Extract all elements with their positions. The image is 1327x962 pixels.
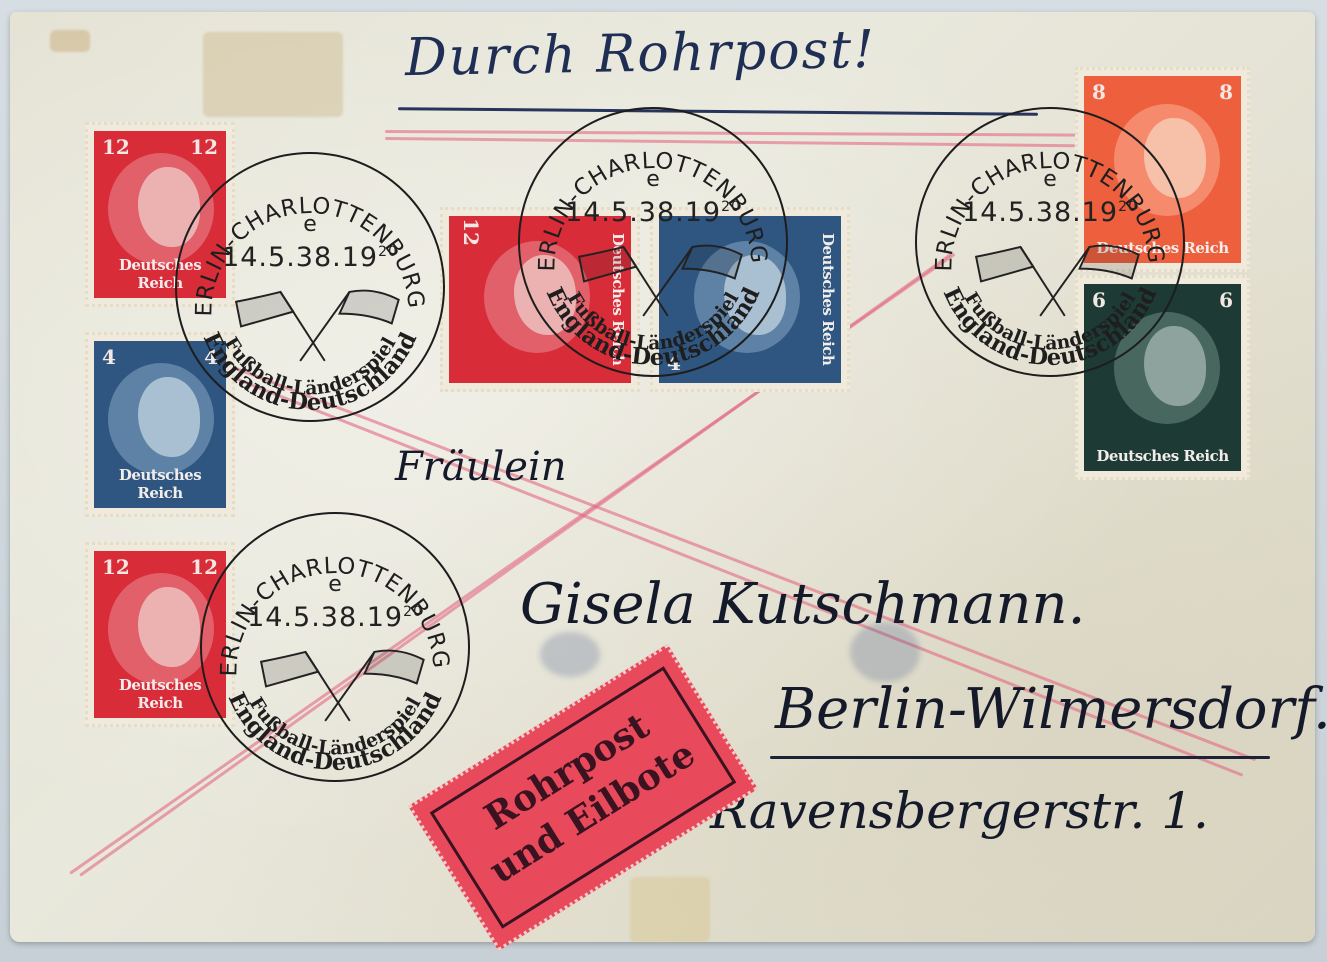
heading-handwritten: Durch Rohrpost! [405,20,877,88]
address-title: Fräulein [395,444,567,490]
address-city: Berlin-Wilmersdorf. [775,677,1327,742]
stamp-value: 8 [1092,80,1106,104]
stamp-inscription: Deutsches Reich [94,466,226,502]
stamp-value: 4 [102,345,116,369]
address-street: Ravensbergerstr. 1. [710,782,1209,840]
stamp-value: 8 [1219,80,1233,104]
postmark-date: 14.5.38.1920 [177,242,443,273]
ink-smudge [850,622,920,682]
portrait-icon [108,573,214,685]
ink-smudge [540,632,600,677]
postmark-letter: e [202,572,468,597]
postmark-ring: BERLIN-CHARLOTTENBURG 5 Fußball-Ländersp… [917,109,1183,375]
city-underline [770,756,1270,759]
stain [203,32,343,117]
postmark-date: 14.5.38.1920 [520,197,786,228]
stamp-value: 12 [459,218,483,246]
postmark: BERLIN-CHARLOTTENBURG 5 Fußball-Ländersp… [175,152,445,422]
address-name: Gisela Kutschmann. [520,572,1085,637]
postmark: BERLIN-CHARLOTTENBURG 5 Fußball-Ländersp… [200,512,470,782]
postmark: BERLIN-CHARLOTTENBURG 5 Fußball-Ländersp… [915,107,1185,377]
postmark-letter: e [520,167,786,192]
stain [50,30,90,52]
stain [630,877,710,942]
postmark-ring: BERLIN-CHARLOTTENBURG 5 Fußball-Ländersp… [202,514,468,780]
postmark-date: 14.5.38.1920 [917,197,1183,228]
stamp-inscription: Deutsches Reich [1084,447,1241,465]
postmark-date: 14.5.38.1920 [202,602,468,633]
stamp-value: 6 [1219,288,1233,312]
postmark-letter: e [917,167,1183,192]
postmark-ring: BERLIN-CHARLOTTENBURG 5 Fußball-Ländersp… [177,154,443,420]
postmark: BERLIN-CHARLOTTENBURG 5 Fußball-Ländersp… [518,107,788,377]
stamp-value: 12 [102,555,130,579]
envelope: Durch Rohrpost! 12 12 Deutsches Reich 4 … [10,12,1315,942]
postmark-letter: e [177,212,443,237]
postmark-ring: BERLIN-CHARLOTTENBURG 5 Fußball-Ländersp… [520,109,786,375]
stamp-inscription: Deutsches Reich [819,226,837,373]
stamp-value: 12 [102,135,130,159]
